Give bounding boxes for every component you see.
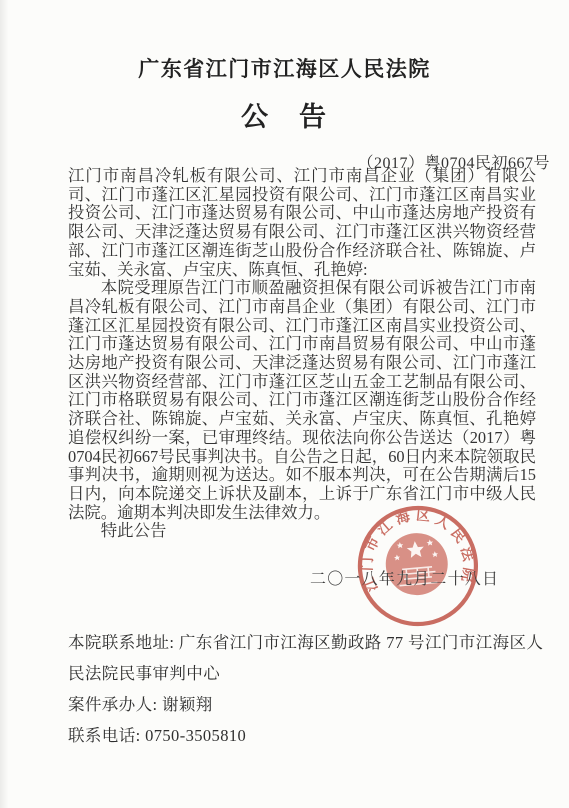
body-paragraph: 本院受理原告江门市顺盈融资担保有限公司诉被告江门市南昌冷轧板有限公司、江门市南昌…: [68, 279, 536, 522]
contact-phone: 联系电话: 0750-3505810: [68, 727, 543, 744]
case-handler: 案件承办人: 谢颖翔: [68, 696, 543, 713]
contact-address-line2: 民法院民事审判中心: [68, 665, 543, 682]
contact-block: 本院联系地址: 广东省江门市江海区勤政路 77 号江门市江海区人 民法院民事审判…: [68, 634, 543, 758]
addressees-paragraph: 江门市南昌冷轧板有限公司、江门市南昌企业（集团）有限公司、江门市蓬江区汇星园投资…: [68, 167, 536, 279]
announcement-date: 二〇一八年九月二十八日: [310, 566, 499, 589]
court-name-heading: 广东省江门市江海区人民法院: [0, 53, 569, 83]
announcement-title: 公 告: [0, 95, 569, 134]
contact-address-line1: 本院联系地址: 广东省江门市江海区勤政路 77 号江门市江海区人: [68, 634, 543, 651]
court-announcement-document: 广东省江门市江海区人民法院 公 告 （2017）粤0704民初667号 江门市南…: [0, 0, 569, 808]
announcement-body: 江门市南昌冷轧板有限公司、江门市南昌企业（集团）有限公司、江门市蓬江区汇星园投资…: [68, 167, 536, 541]
closing-line: 特此公告: [68, 522, 536, 541]
